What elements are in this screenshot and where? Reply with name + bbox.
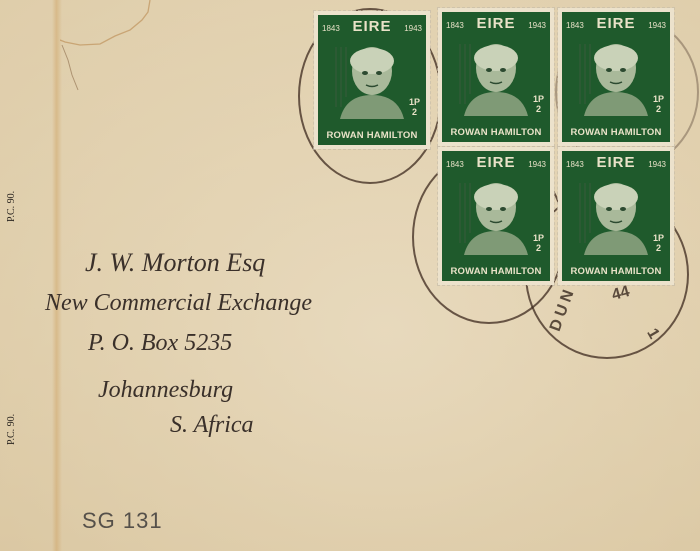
stamp-country: EIRE bbox=[476, 154, 515, 171]
stamp-name: ROWAN HAMILTON bbox=[562, 127, 670, 138]
portrait-icon bbox=[456, 34, 536, 116]
stamp: 1843EIRE1943 1P2 ROWAN HAMILTON bbox=[562, 12, 670, 142]
stamp-value: 1P2 bbox=[653, 94, 664, 114]
stamp-name: ROWAN HAMILTON bbox=[562, 266, 670, 277]
stamp-country: EIRE bbox=[596, 15, 635, 32]
stamp-country: EIRE bbox=[476, 15, 515, 32]
stamp-year-right: 1943 bbox=[528, 160, 546, 169]
stamp: 1843EIRE1943 1P2 ROWAN HAMILTON bbox=[318, 15, 426, 145]
envelope-cover: P.C. 90. P.C. 90. 1843EIRE1943 1P2 ROWAN… bbox=[0, 0, 700, 551]
portrait-icon bbox=[576, 173, 656, 255]
stamp-year-left: 1843 bbox=[446, 21, 464, 30]
address-line-name: J. W. Morton Esq bbox=[85, 248, 265, 278]
portrait-icon bbox=[332, 37, 412, 119]
stamp-country: EIRE bbox=[596, 154, 635, 171]
stamp-value: 1P2 bbox=[533, 94, 544, 114]
stamp-value: 1P2 bbox=[409, 97, 420, 117]
stamp-name: ROWAN HAMILTON bbox=[318, 130, 426, 141]
address-line-building: New Commercial Exchange bbox=[45, 290, 312, 317]
portrait-icon bbox=[576, 34, 656, 116]
torn-corner-crease bbox=[60, 0, 180, 100]
side-label-bottom: P.C. 90. bbox=[6, 414, 17, 445]
stamp: 1843EIRE1943 1P2 ROWAN HAMILTON bbox=[442, 12, 550, 142]
stamp-year-left: 1843 bbox=[446, 160, 464, 169]
portrait-icon bbox=[456, 173, 536, 255]
stamp-value: 1P2 bbox=[533, 233, 544, 253]
address-line-pobox: P. O. Box 5235 bbox=[88, 330, 232, 357]
stamp: 1843EIRE1943 1P2 ROWAN HAMILTON bbox=[562, 151, 670, 281]
stamp-year-left: 1843 bbox=[566, 160, 584, 169]
stamp: 1843EIRE1943 1P2 ROWAN HAMILTON bbox=[442, 151, 550, 281]
stamp-year-right: 1943 bbox=[648, 160, 666, 169]
stamp-year-right: 1943 bbox=[404, 24, 422, 33]
address-line-city: Johannesburg bbox=[98, 377, 233, 404]
side-label-top: P.C. 90. bbox=[6, 191, 17, 222]
address-line-country: S. Africa bbox=[170, 412, 254, 439]
stamp-year-left: 1843 bbox=[566, 21, 584, 30]
stamp-country: EIRE bbox=[352, 18, 391, 35]
stamp-year-right: 1943 bbox=[528, 21, 546, 30]
pencil-catalog-note: SG 131 bbox=[82, 508, 163, 534]
stamp-name: ROWAN HAMILTON bbox=[442, 127, 550, 138]
stamp-value: 1P2 bbox=[653, 233, 664, 253]
stamp-year-right: 1943 bbox=[648, 21, 666, 30]
stamp-name: ROWAN HAMILTON bbox=[442, 266, 550, 277]
stamp-year-left: 1843 bbox=[322, 24, 340, 33]
